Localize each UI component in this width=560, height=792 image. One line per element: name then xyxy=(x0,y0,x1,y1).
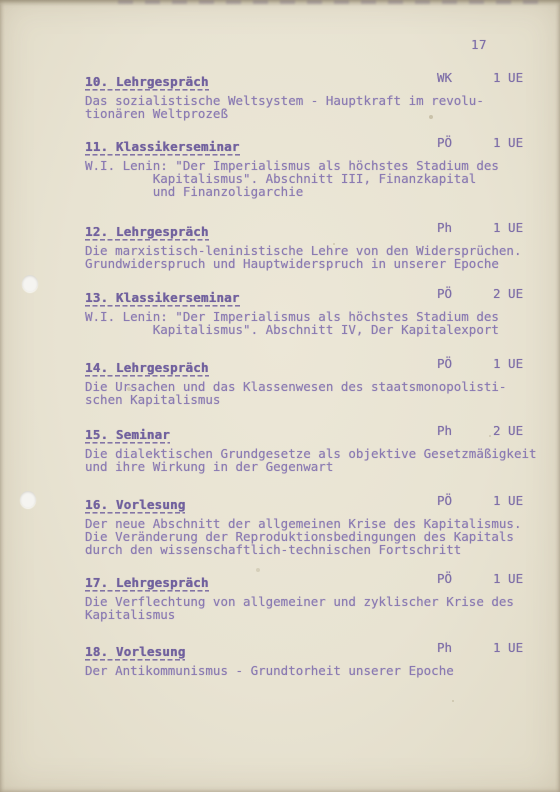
course-item-header: 14. Lehrgespräch PÖ 1 UE xyxy=(85,357,537,371)
course-code: Ph xyxy=(437,641,452,654)
course-description: W.I. Lenin: "Der Imperialismus als höchs… xyxy=(85,310,537,336)
course-item-header: 11. Klassikerseminar PÖ 1 UE xyxy=(85,136,537,150)
course-description: Der neue Abschnitt der allgemeinen Krise… xyxy=(85,517,537,556)
course-title: 10. Lehrgespräch xyxy=(85,75,209,91)
course-description: Der Antikommunismus - Grundtorheit unser… xyxy=(85,664,537,677)
course-duration: 2 UE xyxy=(493,287,523,300)
course-title: 17. Lehrgespräch xyxy=(85,576,209,592)
course-description: W.I. Lenin: "Der Imperialismus als höchs… xyxy=(85,159,537,198)
course-code: PÖ xyxy=(437,287,452,300)
course-description: Die marxistisch-leninistische Lehre von … xyxy=(85,244,537,270)
course-code: PÖ xyxy=(437,494,452,507)
course-title: 12. Lehrgespräch xyxy=(85,225,209,241)
course-title: 14. Lehrgespräch xyxy=(85,361,209,377)
bleed-through-smudge xyxy=(118,0,548,4)
course-duration: 1 UE xyxy=(493,641,523,654)
course-item-header: 17. Lehrgespräch PÖ 1 UE xyxy=(85,572,537,586)
course-title: 13. Klassikerseminar xyxy=(85,291,240,307)
course-item: 11. Klassikerseminar PÖ 1 UE W.I. Lenin:… xyxy=(85,136,537,198)
course-item: 18. Vorlesung Ph 1 UE Der Antikommunismu… xyxy=(85,641,537,677)
course-code: Ph xyxy=(437,221,452,234)
course-item: 12. Lehrgespräch Ph 1 UE Die marxistisch… xyxy=(85,221,537,270)
course-title: 18. Vorlesung xyxy=(85,645,185,661)
course-item: 14. Lehrgespräch PÖ 1 UE Die Ursachen un… xyxy=(85,357,537,406)
course-description: Die dialektischen Grundgesetze als objek… xyxy=(85,447,537,473)
punch-hole-top xyxy=(22,275,38,292)
course-code: WK xyxy=(437,71,452,84)
course-duration: 2 UE xyxy=(493,424,523,437)
course-description: Das sozialistische Weltsystem - Hauptkra… xyxy=(85,94,537,120)
course-code: PÖ xyxy=(437,357,452,370)
course-item: 17. Lehrgespräch PÖ 1 UE Die Verflechtun… xyxy=(85,572,537,621)
course-title: 11. Klassikerseminar xyxy=(85,140,240,156)
course-duration: 1 UE xyxy=(493,357,523,370)
course-item: 16. Vorlesung PÖ 1 UE Der neue Abschnitt… xyxy=(85,494,537,556)
punch-hole-bottom xyxy=(20,491,36,508)
course-duration: 1 UE xyxy=(493,136,523,149)
course-description: Die Verflechtung von allgemeiner und zyk… xyxy=(85,595,537,621)
course-item-header: 15. Seminar Ph 2 UE xyxy=(85,424,537,438)
scanned-document-page: 17 10. Lehrgespräch WK 1 UE Das sozialis… xyxy=(0,0,560,792)
course-code: PÖ xyxy=(437,136,452,149)
course-description: Die Ursachen und das Klassenwesen des st… xyxy=(85,380,537,406)
course-item-header: 18. Vorlesung Ph 1 UE xyxy=(85,641,537,655)
paper-specks xyxy=(0,0,2,2)
course-item: 10. Lehrgespräch WK 1 UE Das sozialistis… xyxy=(85,71,537,120)
course-item-header: 12. Lehrgespräch Ph 1 UE xyxy=(85,221,537,235)
course-code: Ph xyxy=(437,424,452,437)
course-duration: 1 UE xyxy=(493,572,523,585)
course-code: PÖ xyxy=(437,572,452,585)
course-item: 15. Seminar Ph 2 UE Die dialektischen Gr… xyxy=(85,424,537,473)
course-item-header: 13. Klassikerseminar PÖ 2 UE xyxy=(85,287,537,301)
course-item-header: 10. Lehrgespräch WK 1 UE xyxy=(85,71,537,85)
page-number: 17 xyxy=(471,37,487,52)
course-duration: 1 UE xyxy=(493,71,523,84)
course-duration: 1 UE xyxy=(493,221,523,234)
course-title: 16. Vorlesung xyxy=(85,498,185,514)
course-item-header: 16. Vorlesung PÖ 1 UE xyxy=(85,494,537,508)
course-duration: 1 UE xyxy=(493,494,523,507)
course-title: 15. Seminar xyxy=(85,428,170,444)
course-item: 13. Klassikerseminar PÖ 2 UE W.I. Lenin:… xyxy=(85,287,537,336)
